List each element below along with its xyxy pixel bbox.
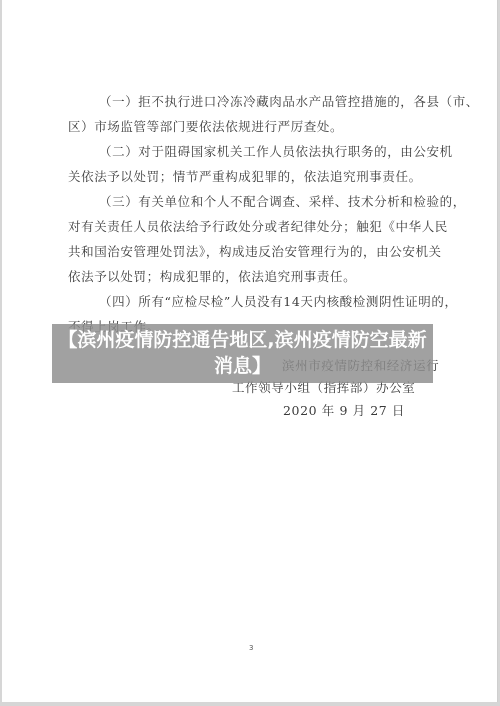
paragraph-line: （一）拒不执行进口冷冻冷藏肉品水产品管控措施的，各县（市、 [99, 94, 479, 110]
paragraph-line: （三）有关单位和个人不配合调查、采样、技术分析和检验的， [99, 194, 466, 210]
signature-date: 2020 年 9 月 27 日 [283, 403, 405, 419]
page-number: 3 [249, 644, 253, 652]
paragraph-line: 区）市场监管等部门要依法依规进行严厉查处。 [68, 119, 343, 135]
paragraph-line: 共和国治安管理处罚法》，构成违反治安管理行为的，由公安机关 [68, 244, 442, 260]
paragraph-line: 依法予以处罚；构成犯罪的，依法追究刑事责任。 [68, 269, 356, 285]
paragraph-line: （四）所有“应检尽检”人员没有14天内核酸检测阴性证明的， [99, 294, 458, 310]
paragraph-line: （二）对于阻碍国家机关工作人员依法执行职务的，由公安机 [99, 144, 453, 160]
paragraph-line: 关依法予以处罚；情节严重构成犯罪的，依法追究刑事责任。 [68, 169, 422, 185]
title-overlay-banner: 【滨州疫情防控通告地区,滨州疫情防空最新消息】 [52, 324, 433, 383]
paragraph-line: 对有关责任人员依法给予行政处分或者纪律处分；触犯《中华人民 [68, 219, 448, 235]
